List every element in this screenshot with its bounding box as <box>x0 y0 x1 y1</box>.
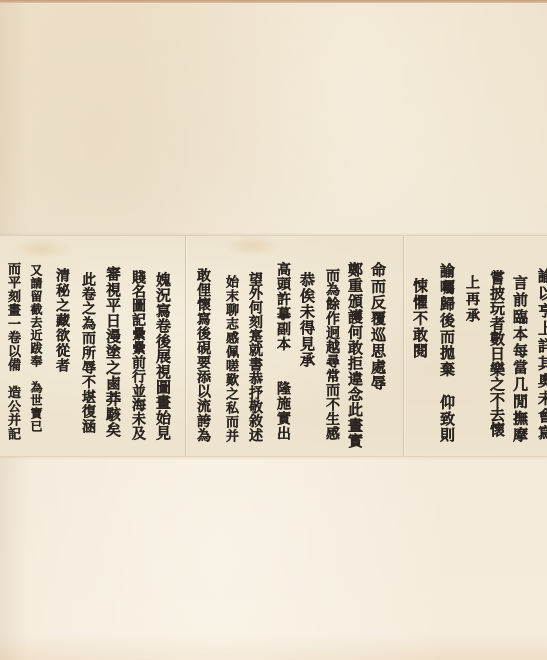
calligraphy-column: 高頭許摹副本 隆施實出 <box>274 262 292 440</box>
handscroll: 諭以亨上詳其奧未會寫 言前臨本每當几閒撫摩 嘗披玩者數日樂之不去懷 上再承 諭囑… <box>0 0 547 660</box>
calligraphy-column: 審視平日漫塗之鹵莽駭矣 <box>104 266 122 437</box>
calligraphy-column: 命而反覆巡思處辱 <box>369 262 387 390</box>
calligraphy-column: 上再承 <box>463 275 481 322</box>
calligraphy-column: 媿況寫卷後展視圖畫始見 <box>154 272 172 440</box>
calligraphy-column: 諭囑歸後而拋棄 仰致則 <box>438 263 456 442</box>
calligraphy-column: 又請留截去近跋奉 為世寶已 <box>27 264 45 432</box>
calligraphy-column: 始末聊志感佩嗟歎之私而并 <box>221 275 239 442</box>
calligraphy-column: 鄭重頒護何敢拒違念此畫實 <box>346 262 364 448</box>
calligraphy-column: 清秘之藏欲從者 <box>53 268 71 372</box>
calligraphy-column: 諭以亨上詳其奧未會寫 <box>536 268 547 440</box>
calligraphy-column: 恭俟未得見承 <box>298 272 316 367</box>
calligraphy-column: 嘗披玩者數日樂之不去懷 <box>488 270 506 437</box>
scroll-top-edge <box>0 0 547 3</box>
calligraphy-column: 悚懼不敢閱 <box>411 278 429 358</box>
calligraphy-column: 此卷之為而所辱不堪復涵 <box>79 272 97 433</box>
calligraphy-column: 而為餘作迥越尋常而不生感 <box>323 268 341 440</box>
calligraphy-column: 望外何刻寔就書恭抒敬敘述 <box>246 272 264 442</box>
calligraphy-column: 言前臨本每當几閒撫摩 <box>511 275 529 442</box>
calligraphy-column: 敢俚懷寫後硯要添以流誇為 <box>194 268 212 442</box>
calligraphy-column: 賤名圖記纍纍前行並海未及 <box>129 270 147 440</box>
calligraphy-column: 而平刻畫一卷以備 造公并記 <box>3 262 21 440</box>
